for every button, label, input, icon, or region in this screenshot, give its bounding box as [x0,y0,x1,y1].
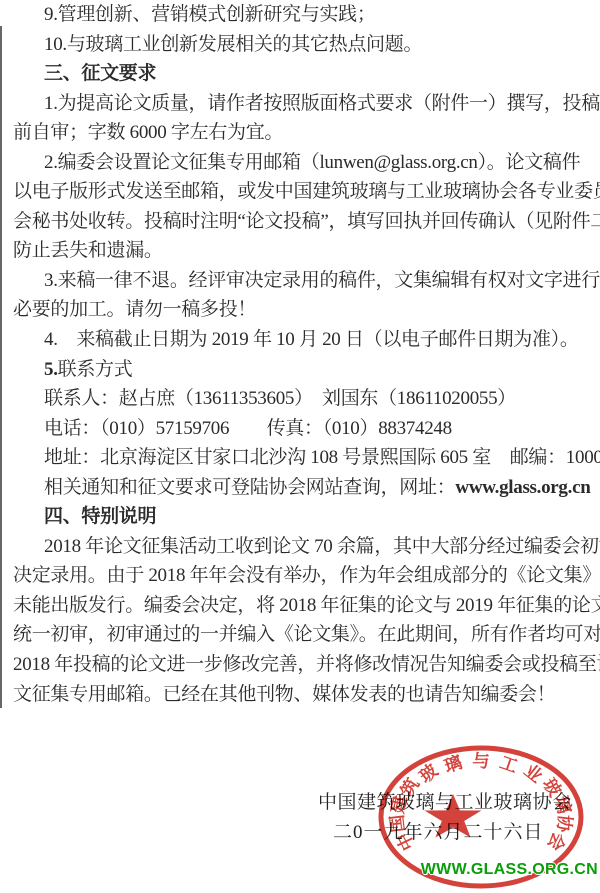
seal-arc-char: 玻 [415,760,442,787]
text-segment: 1.为提高论文质量，请作者按照版面格式要求（附件一）撰写，投稿 [44,93,600,114]
text-line: 5.联系方式 [13,355,596,385]
text-line: 三、征文要求 [13,59,596,89]
text-line: 2.编委会设置论文征集专用邮箱（lunwen@glass.org.cn）。论文稿… [13,148,596,178]
seal-arc-char: 协 [553,814,575,835]
text-segment: 前自审；字数 6000 字左右为宜。 [13,122,283,143]
text-line: 2018 年投稿的论文进一步修改完善，并将修改情况告知编委会或投稿至论 [13,650,596,680]
text-line: 1.为提高论文质量，请作者按照版面格式要求（附件一）撰写，投稿 [13,89,596,119]
text-line: 电话：（010）57159706 传真：（010）88374248 [13,414,596,444]
text-segment: 决定录用。由于 2018 年年会没有举办，作为年会组成部分的《论文集》也 [13,565,600,586]
bold-text-segment: 5. [44,359,58,380]
text-segment: 会秘书处收转。投稿时注明“论文投稿”，填写回执并回传确认（见附件二）， [13,211,600,232]
text-line: 统一初审，初审通过的一并编入《论文集》。在此期间，所有作者均可对 [13,620,596,650]
site-watermark: WWW.GLASS.ORG.CN [421,861,598,879]
bold-text-segment: www.glass.org.cn [455,477,590,498]
bold-text-segment: 四、特别说明 [44,506,156,527]
seal-arc-char: 会 [543,829,569,854]
text-line: 防止丢失和遗漏。 [13,236,596,266]
document-body: 9.管理创新、营销模式创新研究与实践；10.与玻璃工业创新发展相关的其它热点问题… [0,0,600,709]
signature-org-name: 中国建筑玻璃与工业玻璃协会 [318,787,572,814]
text-line: 决定录用。由于 2018 年年会没有举办，作为年会组成部分的《论文集》也 [13,561,596,591]
text-line: 前自审；字数 6000 字左右为宜。 [13,118,596,148]
text-line: 文征集专用邮箱。已经在其他刊物、媒体发表的也请告知编委会！ [13,680,596,710]
text-segment: 未能出版发行。编委会决定，将 2018 年征集的论文与 2019 年征集的论文 [13,595,600,616]
bold-text-segment: 三、征文要求 [44,63,156,84]
text-line: 联系人：赵占庶（13611353605） 刘国东（18611020055） [13,384,596,414]
seal-arc-char: 业 [520,760,547,787]
text-segment: 4. 来稿截止日期为 2019 年 10 月 20 日（以电子邮件日期为准）。 [44,329,579,350]
seal-arc-char: 与 [472,751,490,771]
text-segment: 3.来稿一律不退。经评审决定录用的稿件，文集编辑有权对文字进行 [44,270,600,291]
text-line: 四、特别说明 [13,502,596,532]
text-segment: 地址：北京海淀区甘家口北沙沟 108 号景熙国际 605 室 邮编：100037 [44,447,600,468]
text-line: 3.来稿一律不退。经评审决定录用的稿件，文集编辑有权对文字进行 [13,266,596,296]
text-line: 未能出版发行。编委会决定，将 2018 年征集的论文与 2019 年征集的论文 [13,591,596,621]
text-segment: 2018 年投稿的论文进一步修改完善，并将修改情况告知编委会或投稿至论 [13,654,600,675]
text-segment: 9.管理创新、营销模式创新研究与实践； [44,4,376,25]
text-segment: 10.与玻璃工业创新发展相关的其它热点问题。 [44,34,422,55]
seal-arc-char: 璃 [442,752,466,777]
text-segment: 防止丢失和遗漏。 [13,240,163,261]
text-segment: 统一初审，初审通过的一并编入《论文集》。在此期间，所有作者均可对 [13,624,600,645]
text-segment: 必要的加工。请勿一稿多投！ [13,299,256,320]
text-segment: 2.编委会设置论文征集专用邮箱（lunwen@glass.org.cn）。论文稿… [44,152,580,173]
text-segment: 联系方式 [58,359,133,380]
text-line: 相关通知和征文要求可登陆协会网站查询，网址：www.glass.org.cn [13,473,596,503]
text-line: 地址：北京海淀区甘家口北沙沟 108 号景熙国际 605 室 邮编：100037 [13,443,596,473]
text-segment: 以电子版形式发送至邮箱，或发中国建筑玻璃与工业玻璃协会各专业委员 [13,181,600,202]
text-segment: 2018 年论文征集活动工收到论文 70 余篇，其中大部分经过编委会初审 [44,536,600,557]
signature-date: 二0一九年六月二十六日 [333,817,544,844]
text-line: 10.与玻璃工业创新发展相关的其它热点问题。 [13,30,596,60]
seal-arc-char: 工 [497,752,521,777]
text-segment: 联系人：赵占庶（13611353605） 刘国东（18611020055） [44,388,516,409]
text-line: 2018 年论文征集活动工收到论文 70 余篇，其中大部分经过编委会初审 [13,532,596,562]
text-line: 以电子版形式发送至邮箱，或发中国建筑玻璃与工业玻璃协会各专业委员 [13,177,596,207]
text-line: 会秘书处收转。投稿时注明“论文投稿”，填写回执并回传确认（见附件二）， [13,207,596,237]
text-line: 必要的加工。请勿一稿多投！ [13,295,596,325]
text-segment: 电话：（010）57159706 传真：（010）88374248 [44,418,452,439]
text-segment: 相关通知和征文要求可登陆协会网站查询，网址： [44,477,455,498]
text-line: 9.管理创新、营销模式创新研究与实践； [13,0,596,30]
text-line: 4. 来稿截止日期为 2019 年 10 月 20 日（以电子邮件日期为准）。 [13,325,596,355]
document-page: 9.管理创新、营销模式创新研究与实践；10.与玻璃工业创新发展相关的其它热点问题… [0,0,600,893]
text-segment: 文征集专用邮箱。已经在其他刊物、媒体发表的也请告知编委会！ [13,684,555,705]
